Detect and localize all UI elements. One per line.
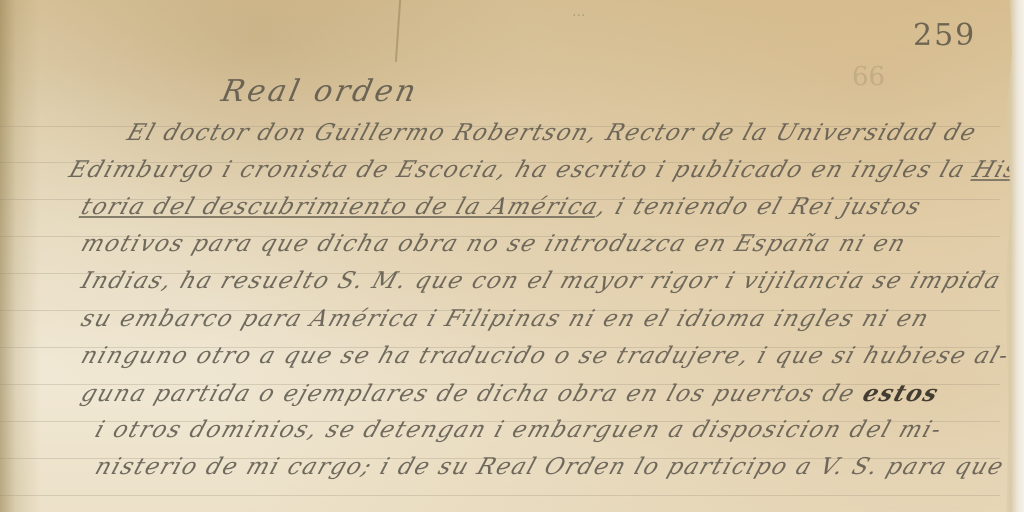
underlined-title-phrase: toria del descubrimiento de la América bbox=[78, 194, 603, 220]
faint-folio-stamp: 66 bbox=[852, 62, 885, 92]
torn-right-edge bbox=[1002, 0, 1024, 512]
document-title: Real orden bbox=[218, 74, 421, 109]
text-line-3: toria del descubrimiento de la América, … bbox=[78, 194, 925, 220]
text-line-4: motivos para que dicha obra no se introd… bbox=[78, 231, 910, 257]
text-line-2-body: Edimburgo i cronista de Escocia, ha escr… bbox=[66, 157, 978, 183]
text-line-3-rest: , i teniendo el Rei justos bbox=[594, 194, 925, 220]
ruled-line bbox=[0, 495, 1000, 496]
text-line-2: Edimburgo i cronista de Escocia, ha escr… bbox=[66, 157, 1024, 183]
text-line-10: nisterio de mi cargo; i de su Real Orden… bbox=[92, 454, 1008, 480]
text-line-6: su embarco para América i Filipinas ni e… bbox=[78, 306, 933, 332]
text-line-8-body: guna partida o ejemplares de dicha obra … bbox=[78, 381, 868, 407]
page-binding-shadow bbox=[0, 0, 40, 512]
manuscript-page: ... 259 66 Real orden El doctor don Guil… bbox=[0, 0, 1024, 512]
text-line-9: i otros dominios, se detengan i embargue… bbox=[92, 417, 946, 443]
folio-number-stamp: 259 bbox=[913, 18, 976, 53]
emphasized-word: estos bbox=[859, 380, 942, 407]
paper-fold-crease bbox=[395, 0, 401, 62]
text-line-7: ninguno otro a que se ha traducido o se … bbox=[78, 343, 1013, 369]
text-line-8: guna partida o ejemplares de dicha obra … bbox=[78, 380, 943, 407]
faint-ink-mark: ... bbox=[572, 4, 585, 20]
text-line-1: El doctor don Guillermo Robertson, Recto… bbox=[124, 120, 981, 146]
text-line-5: Indias, ha resuelto S. M. que con el may… bbox=[78, 268, 1005, 294]
